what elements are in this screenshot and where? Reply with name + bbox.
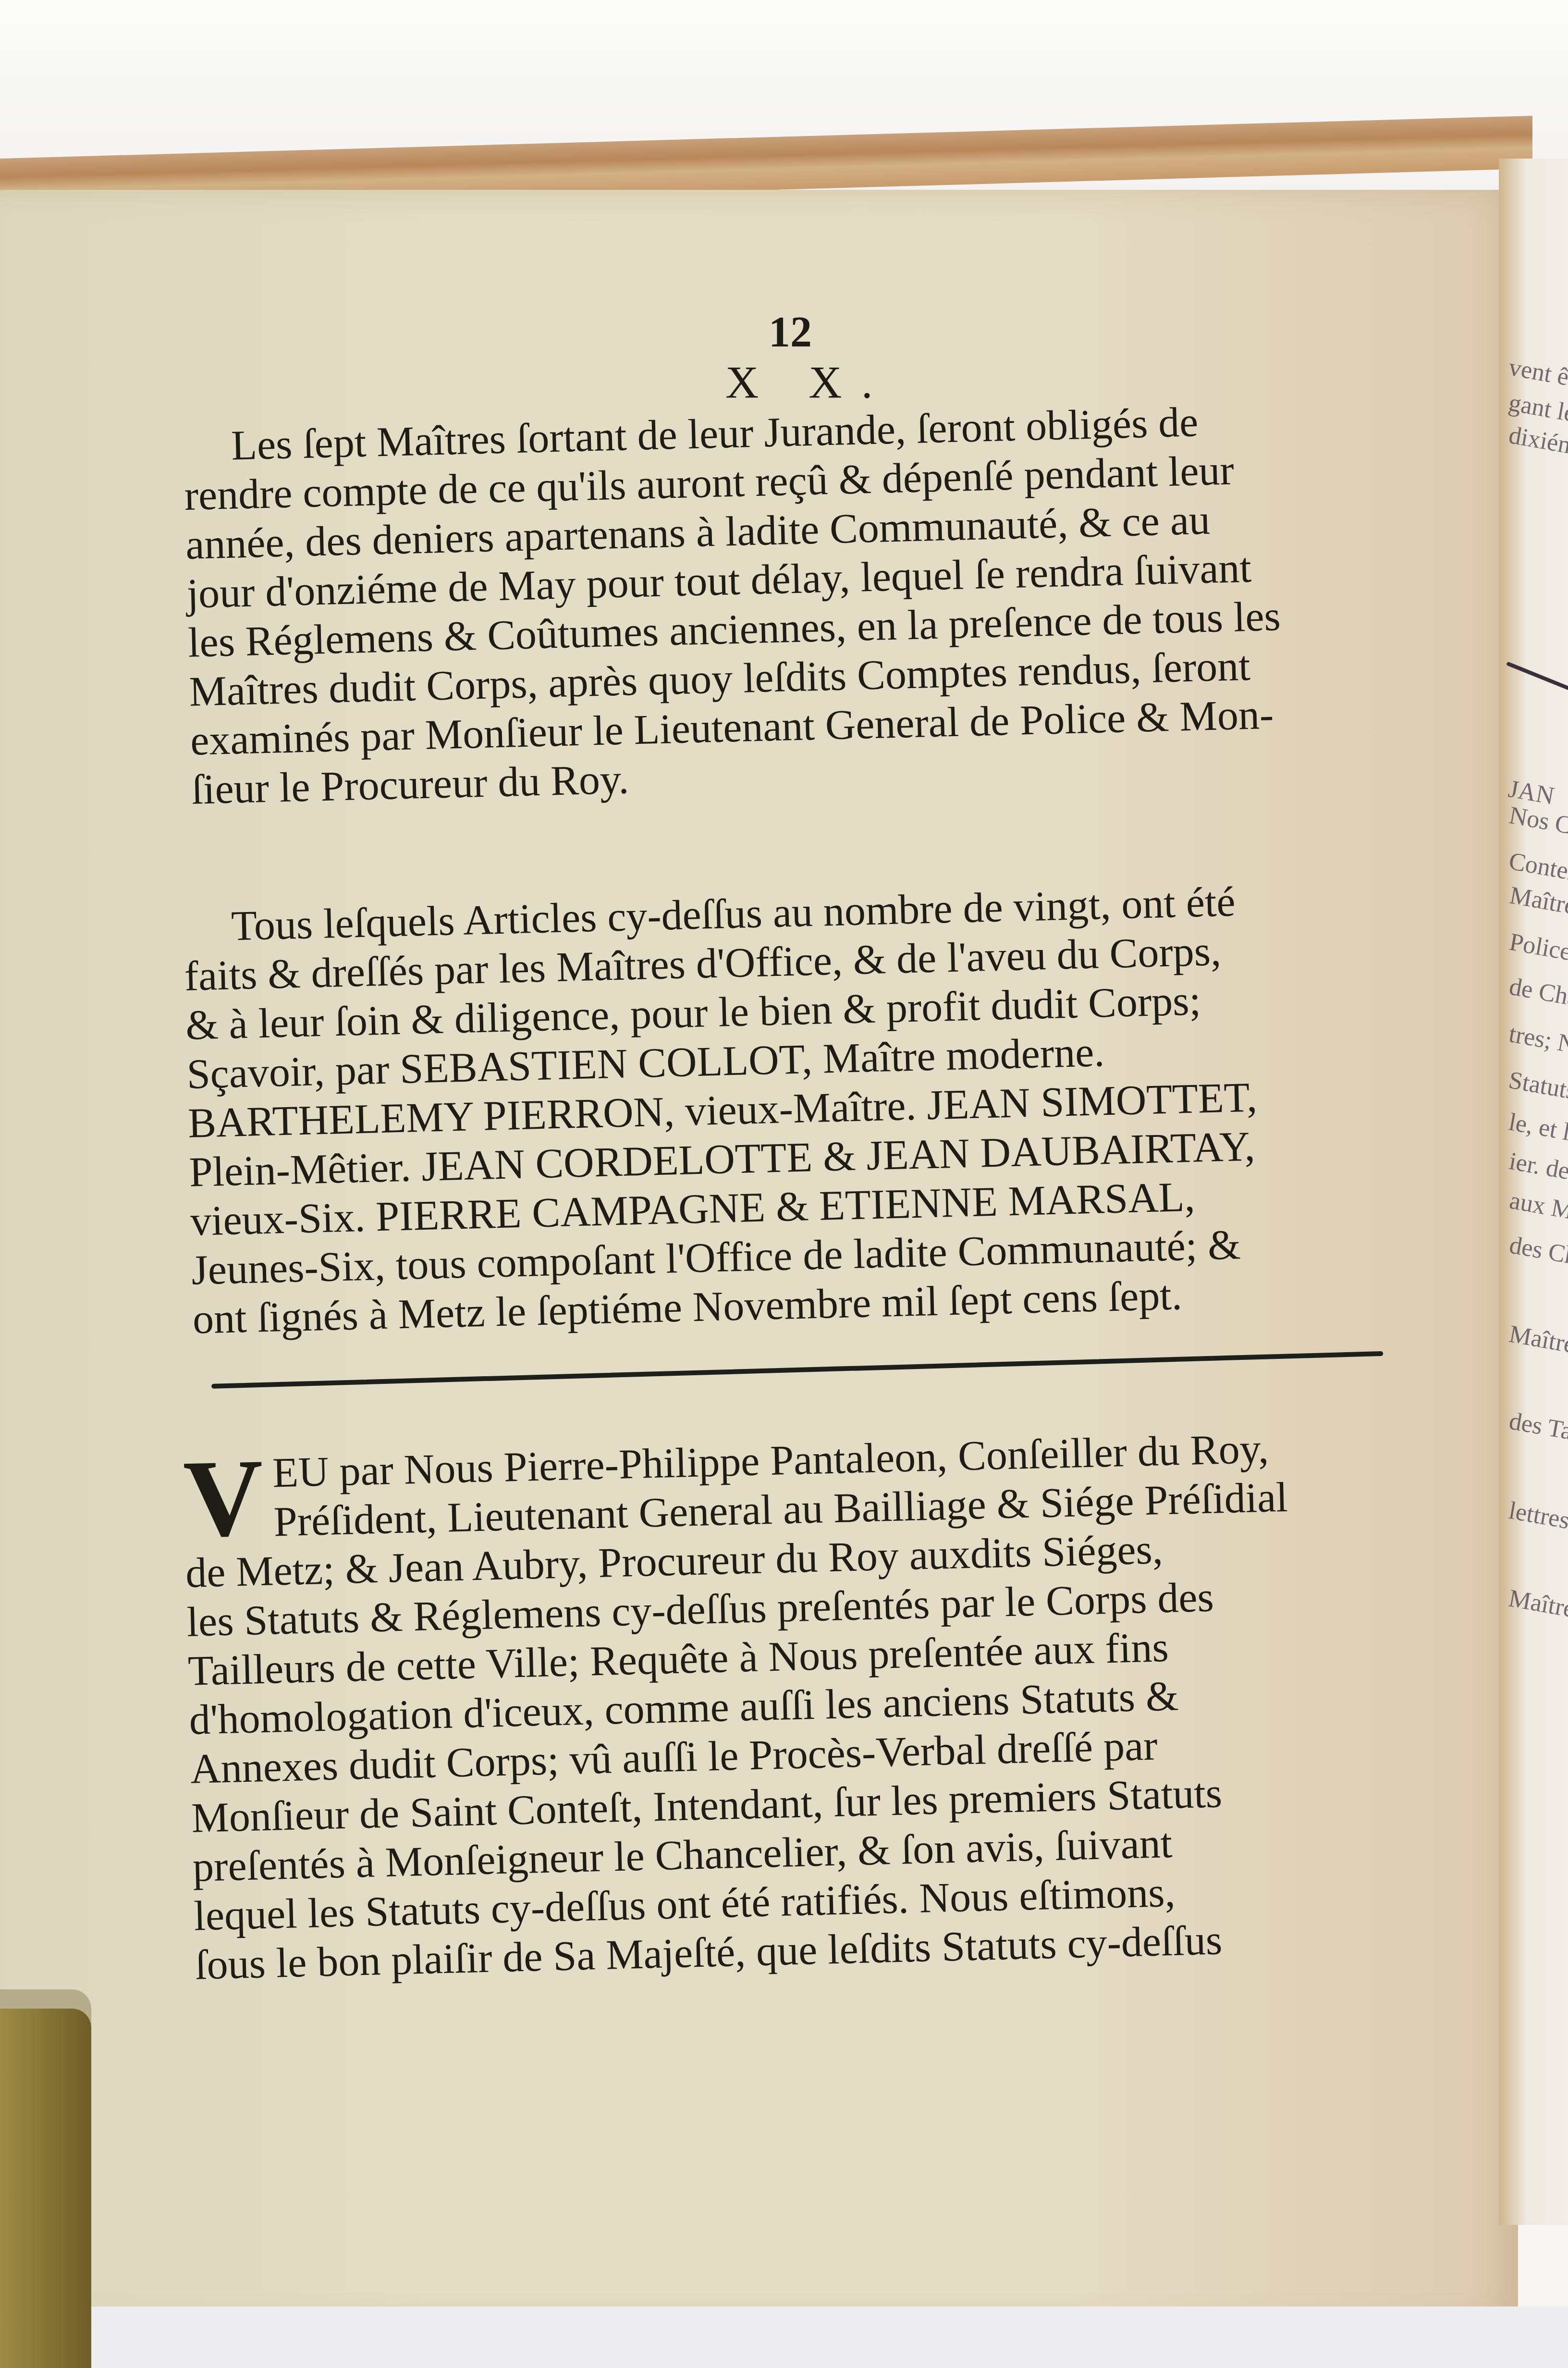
facing-page-fragment: Maîtres — [1507, 1584, 1568, 1626]
facing-page-rule — [1506, 662, 1568, 698]
signatories-paragraph: Tous leſquels Articles cy-deſſus au nomb… — [183, 874, 1413, 1344]
decree-paragraph: V EU par Nous Pierre-Philippe Pantaleon,… — [183, 1421, 1416, 1990]
article-heading: X X. — [725, 356, 892, 409]
facing-page-fragment: le, et les — [1507, 1108, 1568, 1150]
page-number: 12 — [769, 308, 812, 357]
facing-page: vent être gant le dixiéme JAN Nos Commiſ… — [1499, 159, 1568, 2225]
facing-page-fragment: Nos Commiſ — [1507, 801, 1568, 851]
drop-cap: V — [183, 1454, 264, 1542]
facing-page-fragment: lettres de — [1507, 1496, 1568, 1540]
article-paragraph: Les ſept Maîtres ſortant de leur Jurande… — [183, 393, 1412, 815]
facing-page-fragment: de Champagne — [1507, 972, 1568, 1026]
brass-book-weight — [0, 2009, 91, 2368]
table-surface — [0, 2306, 1568, 2368]
facing-page-fragment: Statuts — [1507, 1066, 1568, 1106]
facing-page-fragment: des Tailleurs — [1507, 1407, 1568, 1457]
facing-page-fragment: tres; Nous — [1507, 1020, 1568, 1065]
facing-page-fragment: Maître Sur le — [1507, 1320, 1568, 1371]
facing-page-fragment: dixiéme — [1507, 421, 1568, 463]
facing-page-fragment: des Chauſſetiers — [1507, 1231, 1568, 1286]
